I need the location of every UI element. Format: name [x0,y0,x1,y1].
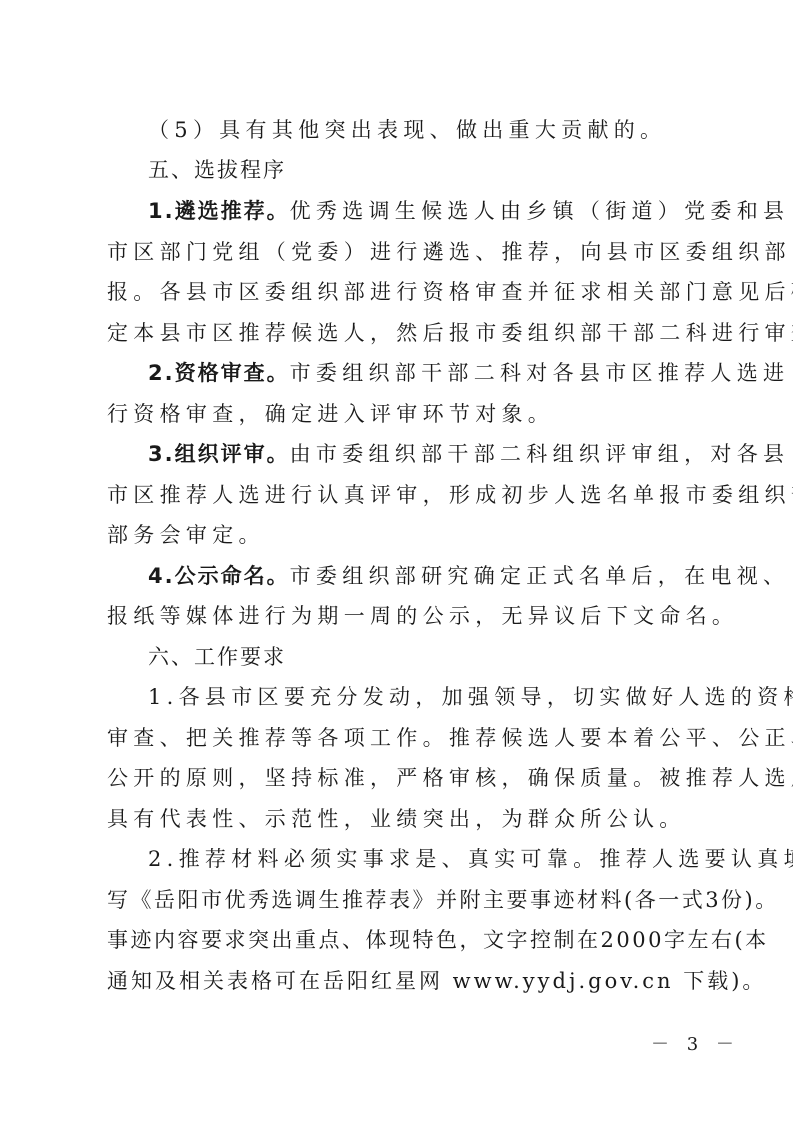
step-1-title: 1.遴选推荐。 [148,199,290,223]
paragraph-text: 报。各县市区委组织部进行资格审查并征求相关部门意见后确 [107,280,793,304]
step-4-line-1: 4.公示命名。市委组织部研究确定正式名单后，在电视、 [148,562,687,590]
step-3-line-3: 部务会审定。 [107,521,687,549]
paragraph-text: （5）具有其他突出表现、做出重大贡献的。 [148,118,666,142]
paragraph-text: 报纸等媒体进行为期一周的公示，无异议后下文命名。 [107,604,738,628]
paragraph-text: 1.各县市区要充分发动，加强领导，切实做好人选的资格 [148,685,793,709]
step-1-line-4: 定本县市区推荐候选人，然后报市委组织部干部二科进行审查。 [107,319,687,347]
step-1-line-1: 1.遴选推荐。优秀选调生候选人由乡镇（街道）党委和县 [148,197,687,225]
document-page: （5）具有其他突出表现、做出重大贡献的。 五、选拔程序 1.遴选推荐。优秀选调生… [0,0,793,1122]
step-4-title: 4.公示命名。 [148,564,290,588]
paragraph-text: 通知及相关表格可在岳阳红星网 www.yydj.gov.cn 下载)。 [107,969,766,993]
paragraph-text: 部务会审定。 [107,523,265,547]
paragraph-text: 具有代表性、示范性，业绩突出，为群众所公认。 [107,807,686,831]
step-3-line-2: 市区推荐人选进行认真评审，形成初步人选名单报市委组织部 [107,481,687,509]
req-2-line-4: 通知及相关表格可在岳阳红星网 www.yydj.gov.cn 下载)。 [107,967,687,995]
paragraph-text: 市区推荐人选进行认真评审，形成初步人选名单报市委组织部 [107,483,793,507]
paragraph-text: 由市委组织部干部二科组织评审组，对各县 [290,442,790,466]
paragraph-text: 优秀选调生候选人由乡镇（街道）党委和县 [290,199,790,223]
step-4-line-2: 报纸等媒体进行为期一周的公示，无异议后下文命名。 [107,602,687,630]
req-1-line-3: 公开的原则，坚持标准，严格审核，确保质量。被推荐人选应 [107,764,687,792]
paragraph-text: 公开的原则，坚持标准，严格审核，确保质量。被推荐人选应 [107,766,793,790]
step-3-line-1: 3.组织评审。由市委组织部干部二科组织评审组，对各县 [148,440,687,468]
paragraph-item-5: （5）具有其他突出表现、做出重大贡献的。 [148,116,687,144]
req-2-line-3: 事迹内容要求突出重点、体现特色，文字控制在2000字左右(本 [107,926,687,954]
paragraph-text: 行资格审查，确定进入评审环节对象。 [107,402,554,426]
step-2-line-1: 2.资格审查。市委组织部干部二科对各县市区推荐人选进 [148,359,687,387]
section-heading-6: 六、工作要求 [148,643,687,671]
step-1-line-2: 市区部门党组（党委）进行遴选、推荐，向县市区委组织部申 [107,238,687,266]
req-2-line-1: 2.推荐材料必须实事求是、真实可靠。推荐人选要认真填 [148,845,687,873]
paragraph-text: 审查、把关推荐等各项工作。推荐候选人要本着公平、公正、 [107,726,793,750]
heading-text: 五、选拔程序 [148,158,286,182]
step-3-title: 3.组织评审。 [148,442,290,466]
paragraph-text: 市委组织部干部二科对各县市区推荐人选进 [290,361,790,385]
step-2-title: 2.资格审查。 [148,361,290,385]
paragraph-text: 写《岳阳市优秀选调生推荐表》并附主要事迹材料(各一式3份)。 [107,888,779,912]
req-1-line-2: 审查、把关推荐等各项工作。推荐候选人要本着公平、公正、 [107,724,687,752]
heading-text: 六、工作要求 [148,645,286,669]
req-2-line-2: 写《岳阳市优秀选调生推荐表》并附主要事迹材料(各一式3份)。 [107,886,687,914]
step-2-line-2: 行资格审查，确定进入评审环节对象。 [107,400,687,428]
paragraph-text: 市委组织部研究确定正式名单后，在电视、 [290,564,790,588]
page-number: － 3 － [651,1030,740,1056]
step-1-line-3: 报。各县市区委组织部进行资格审查并征求相关部门意见后确 [107,278,687,306]
paragraph-text: 市区部门党组（党委）进行遴选、推荐，向县市区委组织部申 [107,240,793,264]
paragraph-text: 定本县市区推荐候选人，然后报市委组织部干部二科进行审查。 [107,321,793,345]
section-heading-5: 五、选拔程序 [148,156,687,184]
paragraph-text: 事迹内容要求突出重点、体现特色，文字控制在2000字左右(本 [107,928,769,952]
req-1-line-1: 1.各县市区要充分发动，加强领导，切实做好人选的资格 [148,683,687,711]
paragraph-text: 2.推荐材料必须实事求是、真实可靠。推荐人选要认真填 [148,847,793,871]
req-1-line-4: 具有代表性、示范性，业绩突出，为群众所公认。 [107,805,687,833]
